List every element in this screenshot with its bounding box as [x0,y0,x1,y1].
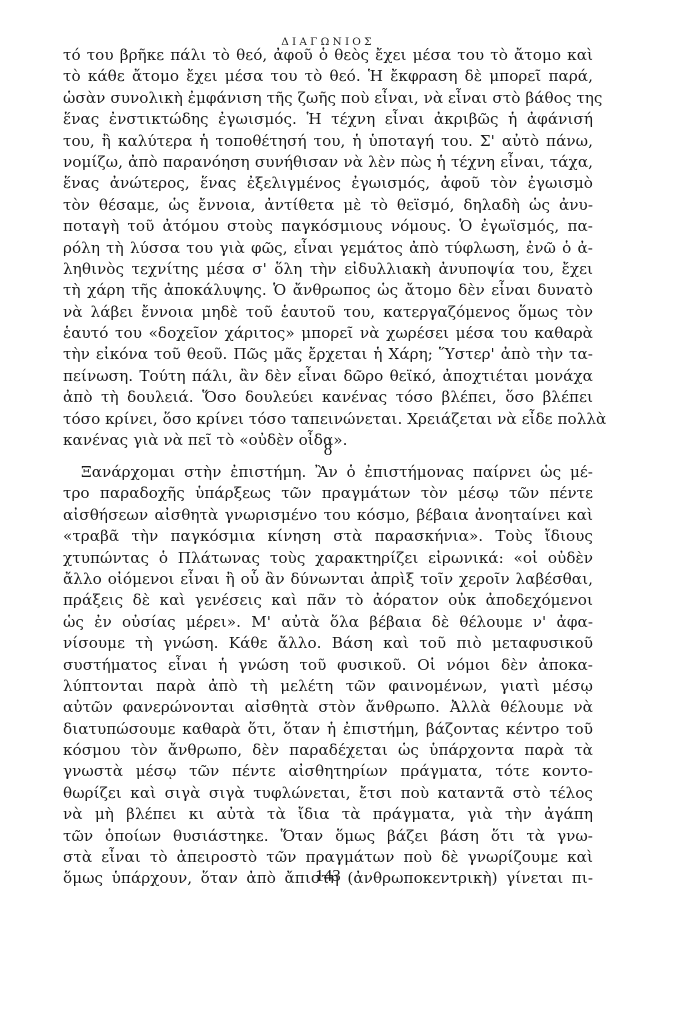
text-line: τὸ κάθε ἄτομο ἔχει μέσα του τὸ θεό. Ἡ ἔκ… [63,66,593,87]
text-line: διατυπώσουμε καθαρὰ ὅτι, ὅταν ἡ ἐπιστήμη… [63,719,593,740]
text-line: πράξεις δὲ καὶ γενέσεις καὶ πᾶν τὸ ἀόρατ… [63,590,593,611]
text-line: ἕνας ἐνστικτώδης ἐγωισμός. Ἡ τέχνη εἶναι… [63,109,593,130]
text-line: ρόλη τὴ λύσσα του γιὰ φῶς, εἶναι γεμάτος… [63,238,593,259]
text-line: νὰ λάβει ἔννοια μηδὲ τοῦ ἑαυτοῦ του, κατ… [63,302,593,323]
text-line: ἀπὸ τὴ δουλειά. Ὅσο δουλεύει κανένας τόσ… [63,387,593,408]
text-line: τόσο κρίνει, ὅσο κρίνει τόσο ταπεινώνετα… [63,409,593,430]
text-line: νίσουμε τὴ γνώση. Κάθε ἄλλο. Βάση καὶ το… [63,633,593,654]
text-line: τὴ χάρη τῆς ἀποκάλυψης. Ὁ ἄνθρωπος ὡς ἄτ… [63,280,593,301]
text-line: ἑαυτό του «δοχεῖον χάριτος» μπορεῖ νὰ χω… [63,323,593,344]
text-line: χτυπώντας ὁ Πλάτωνας τοὺς χαρακτηρίζει ε… [63,548,593,569]
text-line: ὡσὰν συνολικὴ ἐμφάνιση τῆς ζωῆς ποὺ εἶνα… [63,88,593,109]
text-line: νομίζω, ἀπὸ παρανόηση συνήθισαν νὰ λὲν π… [63,152,593,173]
text-line: ληθινὸς τεχνίτης μέσα σ' ὅλη τὴν εἰδυλλι… [63,259,593,280]
text-line: γνωστὰ μέσῳ τῶν πέντε αἰσθητηρίων πράγμα… [63,761,593,782]
text-line: τό του βρῆκε πάλι τὸ θεό, ἀφοῦ ὁ θεὸς ἔχ… [63,45,593,66]
text-line: συστήματος εἶναι ἡ γνώση τοῦ φυσικοῦ. Οἱ… [63,655,593,676]
text-line: λύπτονται παρὰ ἀπὸ τὴ μελέτη τῶν φαινομέ… [63,676,593,697]
text-line: αὐτῶν φανερώνονται αἰσθητὰ στὸν ἄνθρωπο.… [63,697,593,718]
paragraph-continued: τό του βρῆκε πάλι τὸ θεό, ἀφοῦ ὁ θεὸς ἔχ… [63,45,593,451]
text-line: πείνωση. Τούτη πάλι, ἂν δὲν εἶναι δῶρο θ… [63,366,593,387]
text-line: θωρίζει καὶ σιγὰ σιγὰ τυφλώνεται, ἔτσι π… [63,783,593,804]
text-line: ποταγὴ τοῦ ἀτόμου στοὺς παγκόσμιους νόμο… [63,216,593,237]
text-line: «τραβᾶ τὴν παγκόσμια κίνηση στὰ παρασκήν… [63,526,593,547]
text-line: ἕνας ἀνώτερος, ἕνας ἐξελιγμένος ἐγωισμός… [63,173,593,194]
text-line: ἄλλο οἰόμενοι εἶναι ἢ οὗ ἂν δύνωνται ἀπρ… [63,569,593,590]
text-line: κόσμου τὸν ἄνθρωπο, δὲν παραδέχεται ὡς ὑ… [63,740,593,761]
text-line: Ξανάρχομαι στὴν ἐπιστήμη. Ἂν ὁ ἐπιστήμον… [63,462,593,483]
text-line: ὡς ἐν οὐσίας μέρει». Μ' αὐτὰ ὅλα βέβαια … [63,612,593,633]
section-number: 8 [63,440,593,460]
text-line: τὸν θέσαμε, ὡς ἔννοια, ἀντίθετα μὲ τὸ θε… [63,195,593,216]
text-line: τὴν εἰκόνα τοῦ θεοῦ. Πῶς μᾶς ἔρχεται ἡ Χ… [63,344,593,365]
page-number: 143 [63,866,593,886]
text-line: νὰ μὴ βλέπει κι αὐτὰ τὰ ἴδια τὰ πράγματα… [63,804,593,825]
text-line: τρο παραδοχῆς ὑπάρξεως τῶν πραγμάτων τὸν… [63,483,593,504]
paragraph-section-8: Ξανάρχομαι στὴν ἐπιστήμη. Ἂν ὁ ἐπιστήμον… [63,462,593,890]
text-line: του, ἢ καλύτερα ἡ τοποθέτησή του, ἡ ὑποτ… [63,131,593,152]
text-line: αἰσθήσεων αἰσθητὰ γνωρισμένο του κόσμο, … [63,505,593,526]
text-line: τῶν ὁποίων θυσιάστηκε. Ὅταν ὅμως βάζει β… [63,826,593,847]
